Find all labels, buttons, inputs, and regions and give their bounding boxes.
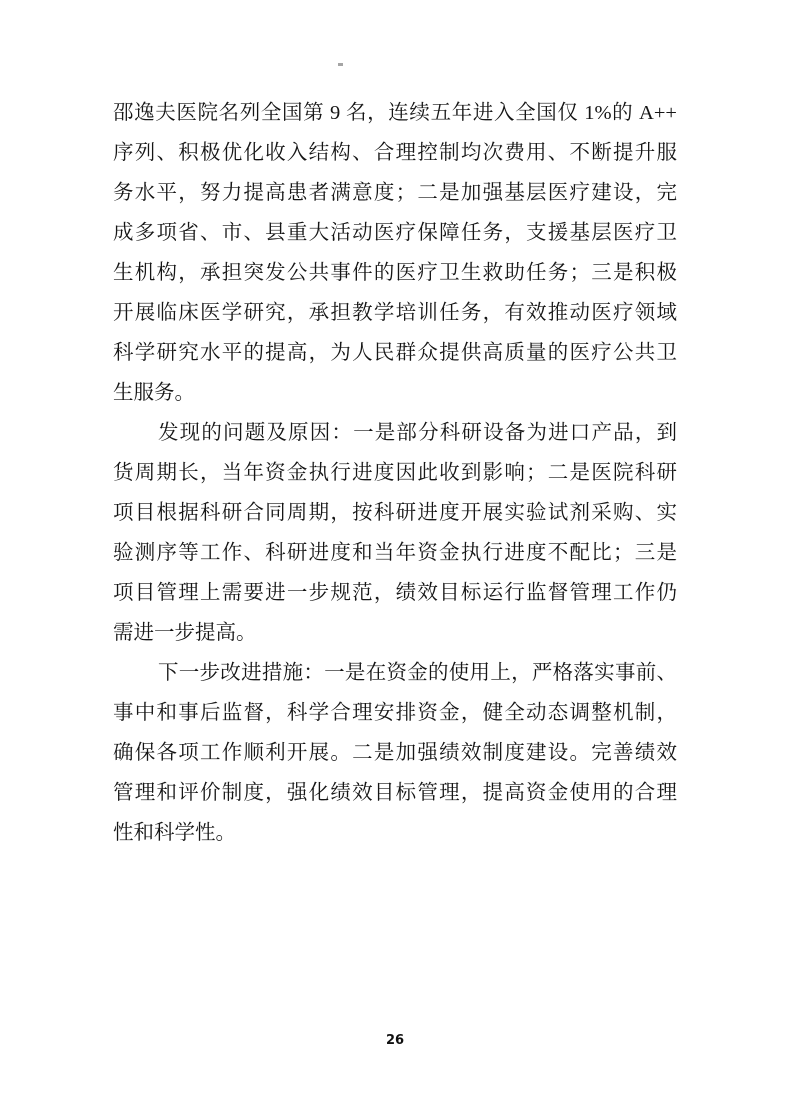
document-page: 邵逸夫医院名列全国第 9 名，连续五年进入全国仅 1%的 A++序列、积极优化收… [0, 0, 790, 1115]
text-line: 务水平，努力提高患者满意度；二是加强基层医疗建设，完 [113, 173, 677, 213]
paragraph-performance-summary-continued: 邵逸夫医院名列全国第 9 名，连续五年进入全国仅 1%的 A++序列、积极优化收… [113, 93, 677, 413]
text-line: 邵逸夫医院名列全国第 9 名，连续五年进入全国仅 1%的 A++ [113, 93, 677, 133]
paragraph-problems-and-causes: 发现的问题及原因：一是部分科研设备为进口产品，到货周期长，当年资金执行进度因此收… [113, 413, 677, 653]
text-line: 生服务。 [113, 373, 677, 413]
text-line: 事中和事后监督，科学合理安排资金，健全动态调整机制， [113, 693, 677, 733]
paragraph-next-step-improvement-measures: 下一步改进措施：一是在资金的使用上，严格落实事前、事中和事后监督，科学合理安排资… [113, 653, 677, 853]
text-line: 下一步改进措施：一是在资金的使用上，严格落实事前、 [113, 653, 677, 693]
text-line: 需进一步提高。 [113, 613, 677, 653]
text-line: 项目根据科研合同周期，按科研进度开展实验试剂采购、实 [113, 493, 677, 533]
text-line: 开展临床医学研究，承担教学培训任务，有效推动医疗领域 [113, 293, 677, 333]
scan-artifact-speck [338, 63, 343, 66]
text-line: 项目管理上需要进一步规范，绩效目标运行监督管理工作仍 [113, 573, 677, 613]
text-line: 性和科学性。 [113, 813, 677, 853]
text-line: 发现的问题及原因：一是部分科研设备为进口产品，到 [113, 413, 677, 453]
text-line: 确保各项工作顺利开展。二是加强绩效制度建设。完善绩效 [113, 733, 677, 773]
text-line: 成多项省、市、县重大活动医疗保障任务，支援基层医疗卫 [113, 213, 677, 253]
text-line: 管理和评价制度，强化绩效目标管理，提高资金使用的合理 [113, 773, 677, 813]
page-number: 26 [0, 1033, 790, 1048]
text-line: 序列、积极优化收入结构、合理控制均次费用、不断提升服 [113, 133, 677, 173]
text-line: 验测序等工作、科研进度和当年资金执行进度不配比；三是 [113, 533, 677, 573]
text-line: 货周期长，当年资金执行进度因此收到影响；二是医院科研 [113, 453, 677, 493]
document-body-text: 邵逸夫医院名列全国第 9 名，连续五年进入全国仅 1%的 A++序列、积极优化收… [113, 93, 677, 853]
text-line: 生机构，承担突发公共事件的医疗卫生救助任务；三是积极 [113, 253, 677, 293]
text-line: 科学研究水平的提高，为人民群众提供高质量的医疗公共卫 [113, 333, 677, 373]
